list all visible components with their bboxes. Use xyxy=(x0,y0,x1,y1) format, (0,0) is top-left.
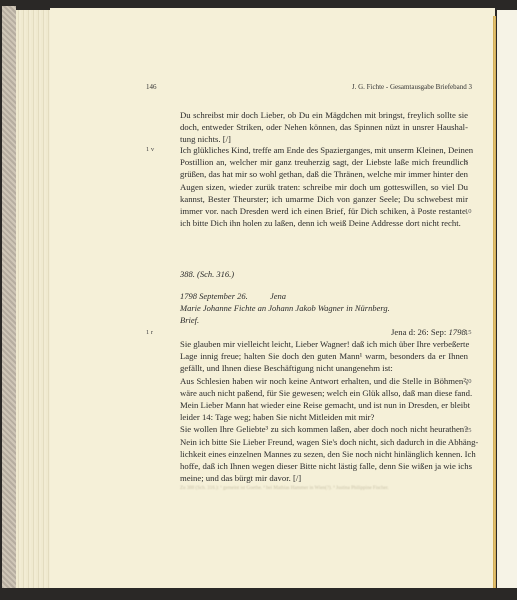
dateline-text: Jena d: 26: Sep: xyxy=(391,327,448,337)
letter-number: 388. (Sch. 316.) xyxy=(180,268,234,280)
letter-place: Jena xyxy=(270,291,286,301)
text-line: Augen sizen, wieder zurük traten: schrei… xyxy=(180,181,468,193)
text-line: gefällt, und Ihnen diese Beschäftigung n… xyxy=(180,362,468,374)
dateline: Jena d: 26: Sep: 1798. xyxy=(180,326,468,338)
gilt-edge xyxy=(493,16,496,596)
book-cover-edge xyxy=(2,6,16,594)
text-line: Sie glauben mir vielleicht leicht, Liebe… xyxy=(180,338,468,350)
line-number: 10 xyxy=(465,208,472,215)
page-number: 146 xyxy=(146,83,157,91)
folio-marker: 1 v xyxy=(146,146,154,153)
text-line: ich bitte Dich ihn holen zu laßen, denn … xyxy=(180,217,468,229)
letter-correspondents: Marie Johanne Fichte an Johann Jakob Wag… xyxy=(180,302,390,314)
background-shadow xyxy=(0,588,517,600)
text-line: Nein ich bitte Sie Lieber Freund, wagen … xyxy=(180,436,468,448)
letter1-opening: Du schreibst mir doch Lieber, ob Du ein … xyxy=(180,109,468,146)
letter-type: Brief. xyxy=(180,314,199,326)
text-line: Mein Lieber Mann hat wieder eine Reise g… xyxy=(180,399,468,411)
text-line: Aus Schlesien haben wir noch keine Antwo… xyxy=(180,375,468,387)
text-line: Ich glükliches Kind, treffe am Ende des … xyxy=(180,144,468,156)
text-line: Lage innig freue; halten Sie doch den gu… xyxy=(180,350,468,362)
text-line: wäre auch nicht paßend, für Sie gewesen;… xyxy=(180,387,468,399)
footnote-apparatus: Zu 388 (Sch. 316.): ¹ gemeint ist Goethe… xyxy=(180,485,468,492)
folio-marker: 1 r xyxy=(146,329,153,336)
text-line: hoffe, daß ich Ihnen wegen dieser Bitte … xyxy=(180,460,468,472)
letter1-body: Ich glükliches Kind, treffe am Ende des … xyxy=(180,144,468,229)
running-title: J. G. Fichte - Gesamtausgabe Briefeband … xyxy=(352,83,472,91)
letter-date: 1798 September 26. xyxy=(180,291,248,301)
text-line: lichkeit eines einzelnen Mannes zu sezen… xyxy=(180,448,468,460)
letter-metadata: 1798 September 26. Jena xyxy=(180,290,286,302)
line-number: 25 xyxy=(465,427,472,434)
text-line: meine; und das bürgt mir davor. [/] xyxy=(180,472,468,484)
text-line: Du schreibst mir doch Lieber, ob Du ein … xyxy=(180,109,468,121)
text-line: grüßen, das hat mir so wohl gethan, daß … xyxy=(180,168,468,180)
text-line: immer vor. nach Dresden werd ich einen B… xyxy=(180,205,468,217)
facing-page-edge xyxy=(497,10,517,600)
text-line: Sie wollen Ihre Geliebte³ zu sich kommen… xyxy=(180,423,468,435)
text-line: kannst, Bester Theurster; ich umarme Dic… xyxy=(180,193,468,205)
text-line: leider 14: Tage weg; haben Sie nicht Mit… xyxy=(180,411,468,423)
line-number: 5 xyxy=(465,159,468,166)
text-line: doch, entweder Striken, oder Nehen könne… xyxy=(180,121,468,133)
line-number: 15 xyxy=(465,329,472,336)
letter2-body: Sie glauben mir vielleicht leicht, Liebe… xyxy=(180,338,468,484)
text-line: Postillion an, welcher mir ganz treuherz… xyxy=(180,156,468,168)
line-number: 20 xyxy=(465,378,472,385)
